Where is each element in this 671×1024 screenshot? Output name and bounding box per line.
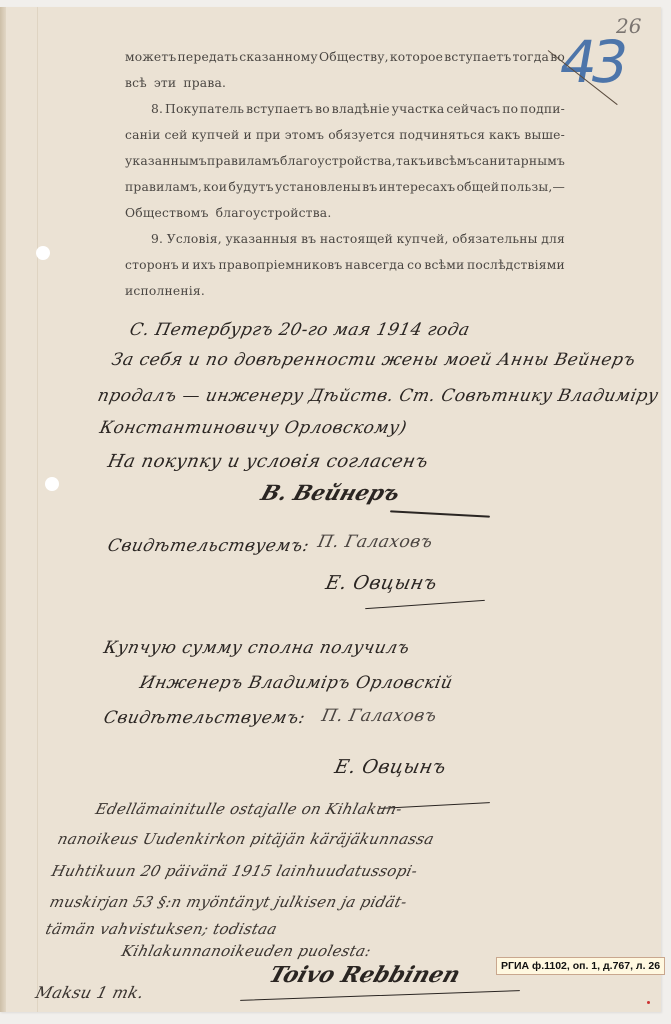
folio-number-blue: 43 (554, 28, 628, 96)
printed-word: сказанному (239, 44, 318, 70)
printed-word: сторонъ (125, 252, 179, 278)
printed-word: Обществу, (319, 44, 389, 70)
printed-text-block: можетъпередатьсказанномуОбществу,которое… (125, 44, 565, 304)
red-mark (647, 1001, 650, 1004)
folio-number-pencil: 26 (616, 14, 641, 38)
printed-word: подпи- (520, 96, 565, 122)
printed-word: установлены (275, 174, 361, 200)
printed-word: какъ (489, 122, 520, 148)
printed-word: со (407, 252, 422, 278)
printed-word: интересахъ (379, 174, 456, 200)
signature-weiner: В. Вейнеръ (258, 480, 403, 505)
printed-word: вступаетъ (444, 44, 511, 70)
printed-word: во (550, 44, 565, 70)
printed-word: сейчасъ (446, 96, 500, 122)
printed-word: указаннымъ (125, 148, 207, 174)
printed-word: купчей (192, 122, 240, 148)
printed-word: правиламъ, (125, 174, 202, 200)
signature-judge: Toivo Rebbinen (266, 962, 464, 988)
printed-word: кои (203, 174, 227, 200)
printed-line: можетъпередатьсказанномуОбществу,которое… (125, 44, 565, 70)
printed-word: купчей, (397, 226, 449, 252)
page-fold-line (37, 7, 38, 1012)
printed-line: правиламъ,коибудутъустановленывъинтереса… (125, 174, 565, 200)
handwritten-date-line: С. Петербургъ 20-го мая 1914 года (128, 320, 472, 340)
printed-word: всѣмъ (435, 148, 475, 174)
printed-word: такъ (396, 148, 426, 174)
printed-word: владѣніе (332, 96, 390, 122)
printed-word: 9. (151, 226, 163, 252)
printed-line: сторонъиихъправопріемниковънавсегдасовсѣ… (125, 252, 565, 278)
punch-hole-top (36, 246, 50, 260)
printed-word: эти (154, 70, 177, 96)
printed-word: ихъ (192, 252, 216, 278)
printed-line: саніисейкупчейиприэтомъобязуетсяподчинят… (125, 122, 565, 148)
printed-word: по (502, 96, 518, 122)
finnish-line-5: tämän vahvistuksen; todistaa (44, 920, 279, 938)
handwritten-seller-line-2: продалъ — инженеру Дѣйств. Ст. Совѣтнику… (96, 386, 660, 406)
printed-word: Условія, (167, 226, 222, 252)
witness-galakhov-2: П. Галаховъ (320, 706, 439, 726)
page-binding-edge (0, 7, 6, 1012)
printed-word: тогда (513, 44, 550, 70)
printed-word: общей (457, 174, 500, 200)
handwritten-seller-line-1: За себя и по довѣренности жены моей Анны… (110, 350, 637, 370)
printed-word: при (256, 122, 281, 148)
printed-word: можетъ (125, 44, 176, 70)
printed-word: санитарнымъ (475, 148, 565, 174)
printed-word: навсегда (345, 252, 405, 278)
printed-line-clause-9: 9.Условія,указанныявънастоящейкупчей,обя… (125, 226, 565, 252)
printed-word: Покупатель (165, 96, 244, 122)
printed-word: въ (362, 174, 377, 200)
printed-word: которое (390, 44, 443, 70)
printed-word: и (181, 252, 189, 278)
printed-line-clause-8: 8.Покупательвступаетъвовладѣніеучасткасе… (125, 96, 565, 122)
printed-word: Обществомъ (125, 200, 209, 226)
printed-word: передать (178, 44, 239, 70)
printed-word: обязательны (452, 226, 537, 252)
printed-word: обязуется (328, 122, 395, 148)
printed-word: для (541, 226, 565, 252)
handwritten-agreement-line: На покупку и условія согласенъ (106, 451, 431, 472)
printed-word: послѣдствіями (467, 252, 565, 278)
witness-galakhov-1: П. Галаховъ (316, 532, 435, 552)
printed-word: права. (183, 70, 226, 96)
printed-word: сей (165, 122, 188, 148)
printed-word: подчиняться (399, 122, 485, 148)
printed-word: указанныя (225, 226, 297, 252)
witness-ovtsyn-2: Е. Овцынъ (333, 756, 449, 778)
printed-line: всѣэтиправа. (125, 70, 565, 96)
handwritten-payment-line-2: Инженеръ Владиміръ Орловскій (138, 673, 455, 693)
printed-word: этомъ (285, 122, 324, 148)
printed-line: указаннымъправиламъблагоустройства,такъи… (125, 148, 565, 174)
printed-word: вступаетъ (246, 96, 313, 122)
printed-word: благоустройства. (216, 200, 332, 226)
printed-word: настоящей (320, 226, 393, 252)
witnesses-label-2: Свидѣтельствуемъ: (102, 708, 307, 728)
printed-word: 8. (151, 96, 163, 122)
punch-hole-bottom (45, 477, 59, 491)
printed-word: и (427, 148, 435, 174)
finnish-line-2: nanoikeus Uudenkirkon pitäjän käräjäkunn… (56, 830, 436, 848)
printed-word: всѣми (424, 252, 464, 278)
archive-reference-label: РГИА ф.1102, оп. 1, д.767, л. 26 (496, 957, 665, 975)
handwritten-seller-line-3: Константиновичу Орловскому) (98, 418, 409, 438)
printed-word: правиламъ (207, 148, 280, 174)
finnish-line-1: Edellämainitulle ostajalle on Kihlakun- (94, 800, 404, 818)
witnesses-label-1: Свидѣтельствуемъ: (106, 536, 311, 556)
printed-word: всѣ (125, 70, 147, 96)
printed-word: въ (301, 226, 316, 252)
printed-line: исполненія. (125, 278, 565, 304)
fee-note: Maksu 1 mk. (34, 983, 146, 1002)
printed-word: саніи (125, 122, 161, 148)
printed-word: выше- (524, 122, 565, 148)
finnish-line-6: Kihlakunnanoikeuden puolesta: (120, 942, 373, 960)
finnish-line-4: muskirjan 53 §:n myöntänyt julkisen ja p… (48, 893, 409, 911)
printed-line: Обществомъблагоустройства. (125, 200, 565, 226)
printed-word: будутъ (228, 174, 273, 200)
witness-ovtsyn-1: Е. Овцынъ (324, 572, 440, 594)
printed-word: участка (392, 96, 445, 122)
printed-word: во (315, 96, 330, 122)
printed-word: и (243, 122, 251, 148)
handwritten-payment-line-1: Купчую сумму сполна получилъ (102, 638, 412, 658)
finnish-line-3: Huhtikuun 20 päivänä 1915 lainhuudatusso… (50, 862, 420, 880)
printed-word: правопріемниковъ (218, 252, 342, 278)
printed-word: благоустройства, (280, 148, 396, 174)
printed-word: пользы,— (501, 174, 565, 200)
printed-word: исполненія. (125, 278, 205, 304)
